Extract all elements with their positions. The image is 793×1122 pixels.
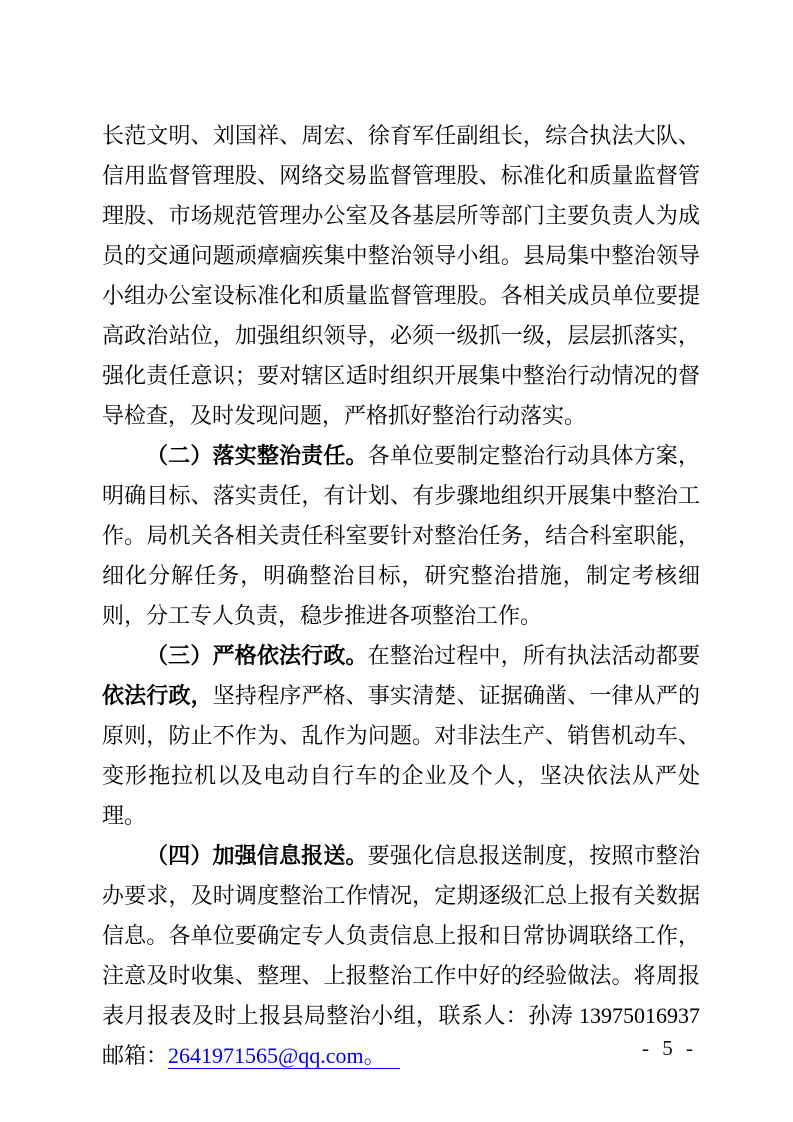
paragraph-information-reporting: （四）加强信息报送。要强化信息报送制度，按照市整治办要求，及时调度整治工作情况，… bbox=[102, 836, 700, 1076]
paragraph-heading: （三）严格依法行政。 bbox=[146, 643, 368, 668]
paragraph-heading: （四）加强信息报送。 bbox=[146, 843, 368, 868]
contact-email-link[interactable]: 2641971565@qq.com。 bbox=[168, 1043, 400, 1069]
page-number: - 5 - bbox=[642, 1036, 697, 1061]
paragraph-text: 在整治过程中，所有执法活动都要 bbox=[368, 643, 700, 668]
paragraph-text: 长范文明、刘国祥、周宏、徐育军任副组长，综合执法大队、信用监督管理股、网络交易监… bbox=[102, 123, 700, 428]
paragraph-heading: （二）落实整治责任。 bbox=[146, 443, 368, 468]
paragraph-bold-phrase: 依法行政， bbox=[102, 683, 213, 708]
paragraph-text: 各单位要制定整治行动具体方案，明确目标、落实责任，有计划、有步骤地组织开展集中整… bbox=[102, 443, 700, 628]
document-page: 长范文明、刘国祥、周宏、徐育军任副组长，综合执法大队、信用监督管理股、网络交易监… bbox=[0, 0, 793, 1122]
paragraph-implement-responsibility: （二）落实整治责任。各单位要制定整治行动具体方案，明确目标、落实责任，有计划、有… bbox=[102, 436, 700, 636]
paragraph-text: 要强化信息报送制度，按照市整治办要求，及时调度整治工作情况，定期逐级汇总上报有关… bbox=[102, 843, 700, 1068]
document-body: 长范文明、刘国祥、周宏、徐育军任副组长，综合执法大队、信用监督管理股、网络交易监… bbox=[102, 116, 700, 1076]
paragraph-leadership-group: 长范文明、刘国祥、周宏、徐育军任副组长，综合执法大队、信用监督管理股、网络交易监… bbox=[102, 116, 700, 436]
paragraph-law-enforcement: （三）严格依法行政。在整治过程中，所有执法活动都要依法行政，坚持程序严格、事实清… bbox=[102, 636, 700, 836]
